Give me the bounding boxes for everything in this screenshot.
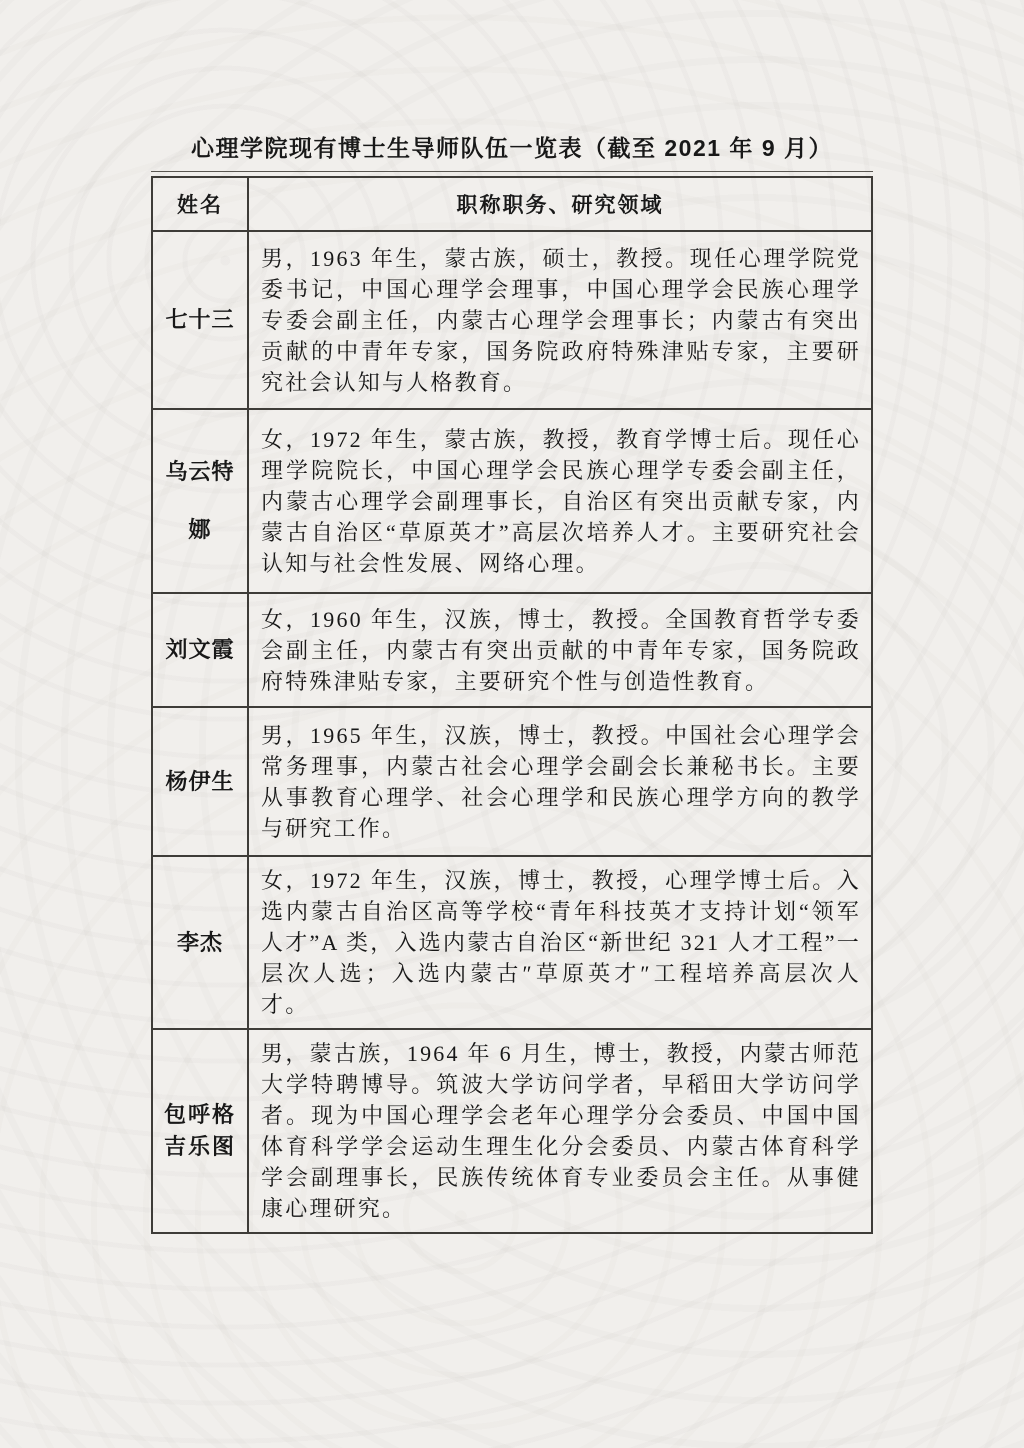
table-top-rule bbox=[151, 171, 873, 172]
supervisor-name-text: 乌云特 bbox=[154, 456, 246, 488]
supervisor-details: 男，1963 年生，蒙古族，硕士，教授。现任心理学院党委书记，中国心理学会理事，… bbox=[248, 231, 872, 409]
supervisor-name-text: 李杰 bbox=[154, 927, 246, 959]
table-row: 李杰 女，1972 年生，汉族，博士，教授，心理学博士后。入选内蒙古自治区高等学… bbox=[152, 856, 872, 1029]
supervisor-name-text: 吉乐图 bbox=[154, 1131, 246, 1163]
supervisor-name: 李杰 bbox=[152, 856, 248, 1029]
supervisor-details: 女，1972 年生，蒙古族，教授，教育学博士后。现任心理学院院长，中国心理学会民… bbox=[248, 409, 872, 593]
supervisor-details: 男，蒙古族，1964 年 6 月生，博士，教授，内蒙古师范大学特聘博导。筑波大学… bbox=[248, 1029, 872, 1233]
supervisor-name-text: 七十三 bbox=[154, 304, 246, 336]
table-row: 包呼格 吉乐图 男，蒙古族，1964 年 6 月生，博士，教授，内蒙古师范大学特… bbox=[152, 1029, 872, 1233]
column-header-name: 姓名 bbox=[152, 177, 248, 231]
document-title: 心理学院现有博士生导师队伍一览表（截至 2021 年 9 月） bbox=[151, 133, 873, 163]
column-header-details: 职称职务、研究领域 bbox=[248, 177, 872, 231]
supervisor-details: 女，1960 年生，汉族，博士，教授。全国教育哲学专委会副主任，内蒙古有突出贡献… bbox=[248, 593, 872, 707]
supervisor-name: 杨伊生 bbox=[152, 707, 248, 856]
supervisor-details: 女，1972 年生，汉族，博士，教授，心理学博士后。入选内蒙古自治区高等学校“青… bbox=[248, 856, 872, 1029]
table-row: 刘文霞 女，1960 年生，汉族，博士，教授。全国教育哲学专委会副主任，内蒙古有… bbox=[152, 593, 872, 707]
supervisor-name-text: 杨伊生 bbox=[154, 766, 246, 798]
supervisor-name-text: 娜 bbox=[154, 514, 246, 546]
supervisor-name-text: 刘文霞 bbox=[154, 634, 246, 666]
supervisor-name: 乌云特 娜 bbox=[152, 409, 248, 593]
supervisor-table: 姓名 职称职务、研究领域 七十三 男，1963 年生，蒙古族，硕士，教授。现任心… bbox=[151, 176, 873, 1234]
document-page: 心理学院现有博士生导师队伍一览表（截至 2021 年 9 月） 姓名 职称职务、… bbox=[151, 0, 873, 1234]
page: { "title": "心理学院现有博士生导师队伍一览表（截至 2021 年 9… bbox=[0, 0, 1024, 1448]
supervisor-name-text: 包呼格 bbox=[154, 1099, 246, 1131]
supervisor-name: 刘文霞 bbox=[152, 593, 248, 707]
table-row: 七十三 男，1963 年生，蒙古族，硕士，教授。现任心理学院党委书记，中国心理学… bbox=[152, 231, 872, 409]
table-header-row: 姓名 职称职务、研究领域 bbox=[152, 177, 872, 231]
supervisor-details: 男，1965 年生，汉族，博士，教授。中国社会心理学会常务理事，内蒙古社会心理学… bbox=[248, 707, 872, 856]
table-row: 乌云特 娜 女，1972 年生，蒙古族，教授，教育学博士后。现任心理学院院长，中… bbox=[152, 409, 872, 593]
table-row: 杨伊生 男，1965 年生，汉族，博士，教授。中国社会心理学会常务理事，内蒙古社… bbox=[152, 707, 872, 856]
supervisor-name: 包呼格 吉乐图 bbox=[152, 1029, 248, 1233]
supervisor-name: 七十三 bbox=[152, 231, 248, 409]
